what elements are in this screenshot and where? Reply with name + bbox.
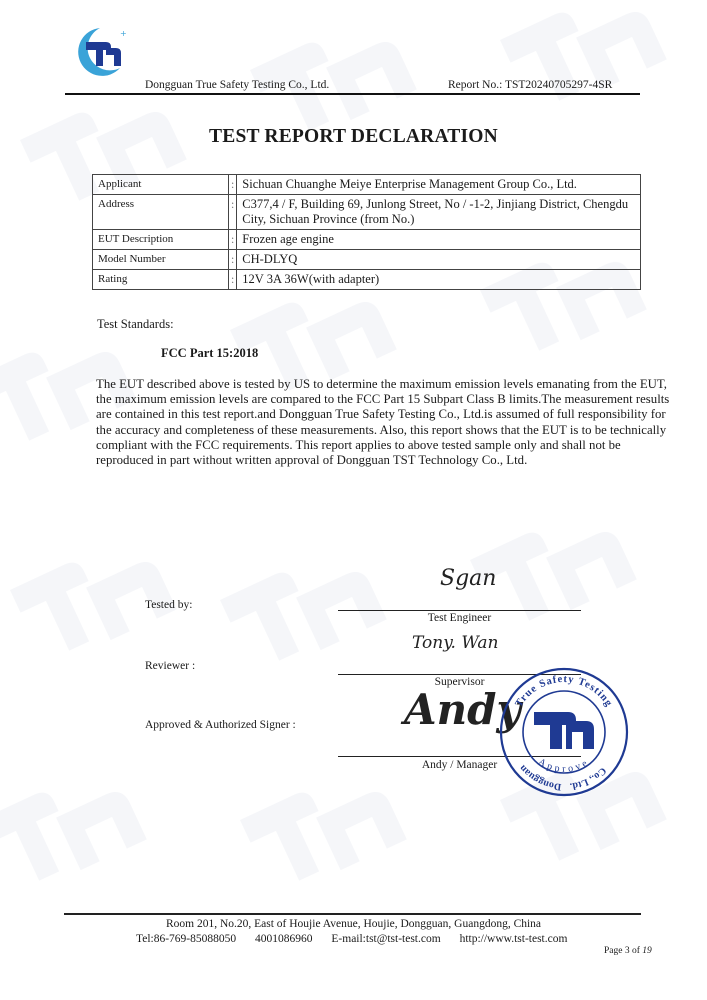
- info-row: Applicant:Sichuan Chuanghe Meiye Enterpr…: [93, 175, 641, 195]
- header-divider: [65, 93, 640, 95]
- info-separator: :: [229, 195, 237, 230]
- info-row: Model Number:CH-DLYQ: [93, 250, 641, 270]
- info-label: Applicant: [93, 175, 229, 195]
- footer-email[interactable]: E-mail:tst@tst-test.com: [331, 933, 440, 945]
- footer-website[interactable]: http://www.tst-test.com: [460, 933, 568, 945]
- header-report-number: Report No.: TST20240705297-4SR: [448, 79, 612, 91]
- info-label: Model Number: [93, 250, 229, 270]
- tester-role: Test Engineer: [338, 612, 581, 624]
- info-value: Sichuan Chuanghe Meiye Enterprise Manage…: [237, 175, 641, 195]
- info-row: Address:C377,4 / F, Building 69, Junlong…: [93, 195, 641, 230]
- info-value: C377,4 / F, Building 69, Junlong Street,…: [237, 195, 641, 230]
- page-total: 19: [642, 946, 652, 956]
- footer-address: Room 201, No.20, East of Houjie Avenue, …: [0, 918, 707, 930]
- reviewer-label: Reviewer :: [145, 660, 195, 672]
- info-label: EUT Description: [93, 230, 229, 250]
- company-logo: +: [70, 24, 128, 78]
- info-row: EUT Description:Frozen age engine: [93, 230, 641, 250]
- page-title: TEST REPORT DECLARATION: [0, 126, 707, 148]
- info-row: Rating:12V 3A 36W(with adapter): [93, 270, 641, 290]
- info-separator: :: [229, 175, 237, 195]
- company-seal-stamp: True Safety Testing Dongguan Co., Ltd. A…: [498, 666, 630, 798]
- test-standard-value: FCC Part 15:2018: [161, 346, 258, 361]
- seal-icon: True Safety Testing Dongguan Co., Ltd. A…: [498, 666, 630, 798]
- declaration-statement: The EUT described above is tested by US …: [96, 377, 671, 468]
- approver-label: Approved & Authorized Signer :: [145, 719, 296, 731]
- page-number: Page 3 of 19: [604, 946, 652, 956]
- tester-signature-line: [338, 610, 581, 611]
- header-company-name: Dongguan True Safety Testing Co., Ltd.: [145, 79, 329, 91]
- svg-text:Approve: Approve: [536, 756, 592, 774]
- footer-divider: [64, 913, 641, 915]
- test-standards-label: Test Standards:: [97, 317, 174, 332]
- info-separator: :: [229, 230, 237, 250]
- info-value: Frozen age engine: [237, 230, 641, 250]
- tst-logo-icon: +: [70, 24, 128, 78]
- tst-watermark-icon: [0, 0, 707, 1000]
- footer-tel: Tel:86-769-85088050: [136, 933, 236, 945]
- info-separator: :: [229, 270, 237, 290]
- footer-contact: Tel:86-769-85088050 4001086960 E-mail:ts…: [136, 933, 583, 945]
- svg-text:+: +: [120, 29, 127, 38]
- reviewer-signature: Tony. Wan: [412, 633, 498, 653]
- info-label: Address: [93, 195, 229, 230]
- declaration-info-table: Applicant:Sichuan Chuanghe Meiye Enterpr…: [92, 174, 641, 290]
- info-value: CH-DLYQ: [237, 250, 641, 270]
- page-number-prefix: Page 3 of: [604, 946, 642, 956]
- footer-hotline: 4001086960: [255, 933, 313, 945]
- tester-signature: Sgan: [440, 566, 496, 591]
- info-value: 12V 3A 36W(with adapter): [237, 270, 641, 290]
- info-label: Rating: [93, 270, 229, 290]
- watermark-pattern: [0, 0, 707, 1000]
- tested-by-label: Tested by:: [145, 599, 192, 611]
- info-separator: :: [229, 250, 237, 270]
